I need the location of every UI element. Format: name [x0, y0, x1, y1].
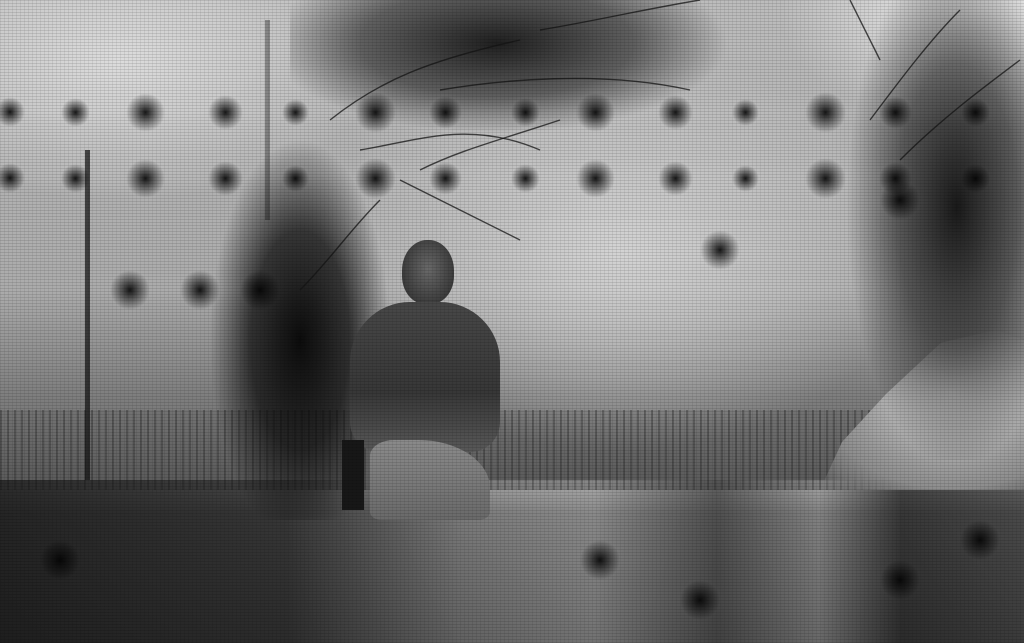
- blotch: [805, 92, 846, 133]
- blotch: [355, 158, 396, 199]
- blotch: [126, 159, 165, 198]
- blotch: [658, 95, 693, 130]
- blotch: [961, 164, 990, 193]
- blotch: [576, 159, 615, 198]
- blotch: [282, 99, 309, 126]
- blotch: [180, 270, 220, 310]
- blotch: [732, 165, 759, 192]
- blotch: [126, 93, 165, 132]
- blotch: [879, 96, 912, 129]
- blotch: [61, 98, 90, 127]
- blotch: [208, 161, 243, 196]
- photograph: [0, 0, 1024, 643]
- blotch: [208, 95, 243, 130]
- blotch: [961, 98, 990, 127]
- blotch: [805, 158, 846, 199]
- blotch: [880, 180, 920, 220]
- blotch: [960, 520, 1000, 560]
- blotch: [580, 540, 620, 580]
- blotch: [110, 270, 150, 310]
- blotch: [0, 163, 25, 193]
- blotch: [282, 165, 309, 192]
- blotch: [429, 162, 462, 195]
- blotch: [511, 98, 540, 127]
- blotch: [658, 161, 693, 196]
- blotch: [511, 164, 540, 193]
- blotch: [0, 97, 25, 127]
- blotch: [576, 93, 615, 132]
- blotch: [880, 560, 920, 600]
- blotch: [732, 99, 759, 126]
- film-blotches: [0, 0, 1024, 643]
- blotch: [700, 230, 740, 270]
- blotch: [40, 540, 80, 580]
- blotch: [429, 96, 462, 129]
- blotch: [61, 164, 90, 193]
- blotch: [355, 92, 396, 133]
- blotch: [680, 580, 720, 620]
- blotch: [240, 270, 280, 310]
